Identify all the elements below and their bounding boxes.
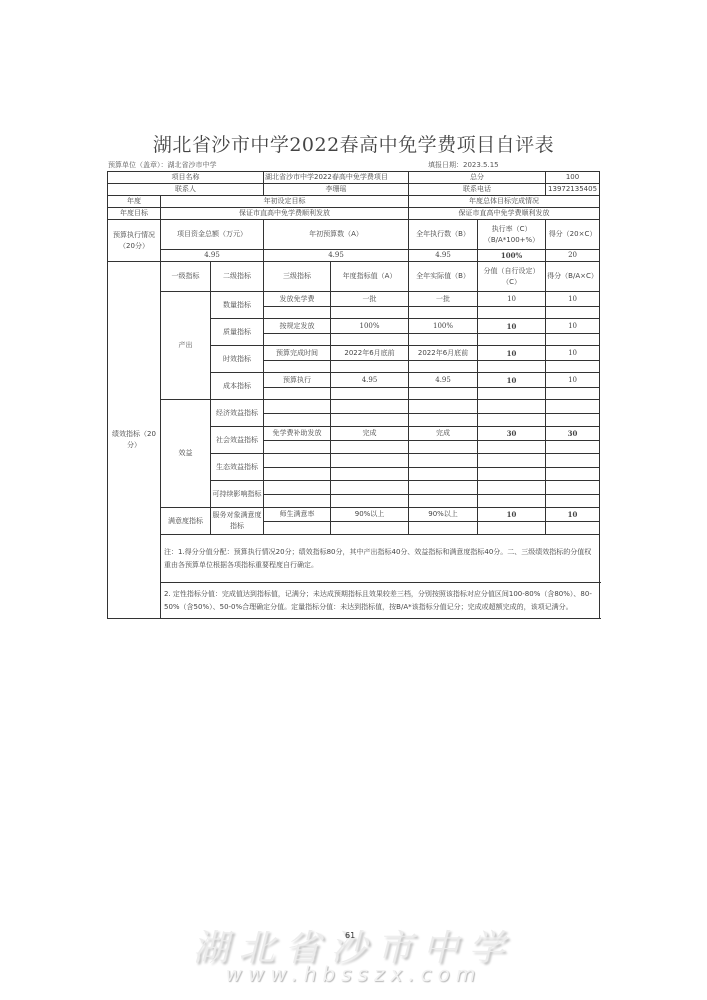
score-cell: 10 bbox=[546, 346, 600, 361]
target-cell: 90%以上 bbox=[331, 508, 409, 522]
actual-cell: 2022年6月底前 bbox=[409, 346, 478, 361]
annual-completion-value: 保证市直高中免学费顺利发放 bbox=[409, 208, 600, 220]
annual-executed-value: 4.95 bbox=[409, 250, 478, 262]
initial-budget-header: 年初预算数（A） bbox=[264, 220, 409, 250]
contact-value: 李珊瑶 bbox=[264, 184, 409, 196]
initial-budget-value: 4.95 bbox=[264, 250, 409, 262]
actual-cell: 一批 bbox=[409, 292, 478, 307]
output-group-label: 产出 bbox=[161, 292, 211, 400]
execution-rate-header: 执行率（C）（B/A*100+%） bbox=[478, 220, 546, 250]
weight-cell: 10 bbox=[478, 508, 546, 522]
score-cell: 10 bbox=[546, 373, 600, 388]
level3-cell: 按规定发放 bbox=[264, 319, 331, 334]
year-label: 年度 bbox=[108, 196, 161, 208]
weight-cell: 10 bbox=[478, 319, 546, 334]
budget-values-row: 4.95 4.95 4.95 100% 20 bbox=[108, 250, 600, 262]
execution-rate-value: 100% bbox=[478, 250, 546, 262]
year-row: 年度 年初设定目标 年度总体目标完成情况 bbox=[108, 196, 600, 208]
target-cell: 一批 bbox=[331, 292, 409, 307]
watermark-url: www.hbsszx.com bbox=[0, 962, 707, 986]
note-2: 2. 定性指标分值：完成值达到指标值，记满分；未达成预期指标且效果较差三档，分别… bbox=[161, 583, 600, 619]
contact-label: 联系人 bbox=[108, 184, 264, 196]
quality-indicator-label: 质量指标 bbox=[211, 319, 264, 346]
score-cell: 10 bbox=[546, 319, 600, 334]
service-satisfaction-indicator-label: 服务对象满意度指标 bbox=[211, 508, 264, 535]
annual-target-row: 年度目标 保证市直高中免学费顺利发放 保证市直高中免学费顺利发放 bbox=[108, 208, 600, 220]
budget-execution-label: 预算执行情况（20分） bbox=[108, 220, 161, 262]
level3-cell: 预算完成时间 bbox=[264, 346, 331, 361]
score-cell: 30 bbox=[546, 427, 600, 441]
annual-executed-header: 全年执行数（B） bbox=[409, 220, 478, 250]
level1-header: 一级指标 bbox=[161, 262, 211, 292]
target-cell: 100% bbox=[331, 319, 409, 334]
actual-cell: 100% bbox=[409, 319, 478, 334]
budget-score-header: 得分（20×C） bbox=[546, 220, 600, 250]
performance-section-label: 绩效指标（20分） bbox=[108, 262, 161, 619]
cost-indicator-label: 成本指标 bbox=[211, 373, 264, 400]
total-funds-value: 4.95 bbox=[161, 250, 264, 262]
budget-score-value: 20 bbox=[546, 250, 600, 262]
phone-label: 联系电话 bbox=[409, 184, 546, 196]
weight-cell: 10 bbox=[478, 346, 546, 361]
weight-cell: 10 bbox=[478, 292, 546, 307]
indicator-score-header: 得分（B/A×C） bbox=[546, 262, 600, 292]
evaluation-table: 项目名称 湖北省沙市中学2022春高中免学费项目 总分 100 联系人 李珊瑶 … bbox=[107, 171, 600, 619]
total-funds-header: 项目资金总额（万元） bbox=[161, 220, 264, 250]
annual-actual-header: 全年实际值（B） bbox=[409, 262, 478, 292]
note-row: 2. 定性指标分值：完成值达到指标值，记满分；未达成预期指标且效果较差三档，分别… bbox=[108, 583, 600, 619]
ecological-indicator-label: 生态效益指标 bbox=[211, 454, 264, 481]
budget-unit-label: 预算单位（盖章）：湖北省沙市中学 bbox=[108, 160, 217, 170]
annual-target-header: 年度指标值（A） bbox=[331, 262, 409, 292]
quantity-indicator-label: 数量指标 bbox=[211, 292, 264, 319]
level3-cell: 发放免学费 bbox=[264, 292, 331, 307]
phone-value: 13972135405 bbox=[546, 184, 600, 196]
level3-cell: 预算执行 bbox=[264, 373, 331, 388]
project-name-value: 湖北省沙市中学2022春高中免学费项目 bbox=[264, 172, 409, 184]
score-cell: 10 bbox=[546, 292, 600, 307]
score-cell: 10 bbox=[546, 508, 600, 522]
total-score-value: 100 bbox=[546, 172, 600, 184]
actual-cell: 完成 bbox=[409, 427, 478, 441]
level3-cell: 免学费补助发放 bbox=[264, 427, 331, 441]
note-1: 注：1.得分分值分配：预算执行情况20分；绩效指标80分，其中产出指标40分、效… bbox=[161, 535, 600, 583]
performance-header-row: 绩效指标（20分） 一级指标 二级指标 三级指标 年度指标值（A） 全年实际值（… bbox=[108, 262, 600, 292]
weight-cell: 10 bbox=[478, 373, 546, 388]
target-cell: 完成 bbox=[331, 427, 409, 441]
initial-target-label: 年初设定目标 bbox=[161, 196, 409, 208]
weight-cell: 30 bbox=[478, 427, 546, 441]
table-row: 产出 数量指标 发放免学费 一批 一批 10 10 bbox=[108, 292, 600, 307]
actual-cell: 4.95 bbox=[409, 373, 478, 388]
project-name-row: 项目名称 湖北省沙市中学2022春高中免学费项目 总分 100 bbox=[108, 172, 600, 184]
table-row: 效益 经济效益指标 bbox=[108, 400, 600, 414]
budget-header-row: 预算执行情况（20分） 项目资金总额（万元） 年初预算数（A） 全年执行数（B）… bbox=[108, 220, 600, 250]
contact-row: 联系人 李珊瑶 联系电话 13972135405 bbox=[108, 184, 600, 196]
benefit-group-label: 效益 bbox=[161, 400, 211, 508]
fill-date-label: 填报日期：2023.5.15 bbox=[428, 160, 499, 170]
level3-cell: 师生满意率 bbox=[264, 508, 331, 522]
satisfaction-group-label: 满意度指标 bbox=[161, 508, 211, 535]
target-cell: 4.95 bbox=[331, 373, 409, 388]
social-indicator-label: 社会效益指标 bbox=[211, 427, 264, 454]
page-number: 61 bbox=[345, 931, 355, 940]
annual-target-label: 年度目标 bbox=[108, 208, 161, 220]
note-row: 注：1.得分分值分配：预算执行情况20分；绩效指标80分，其中产出指标40分、效… bbox=[108, 535, 600, 583]
actual-cell: 90%以上 bbox=[409, 508, 478, 522]
level3-header: 三级指标 bbox=[264, 262, 331, 292]
economic-indicator-label: 经济效益指标 bbox=[211, 400, 264, 427]
target-cell: 2022年6月底前 bbox=[331, 346, 409, 361]
annual-target-value: 保证市直高中免学费顺利发放 bbox=[161, 208, 409, 220]
weight-header: 分值（自行设定）（C） bbox=[478, 262, 546, 292]
total-score-label: 总分 bbox=[409, 172, 546, 184]
sustainable-indicator-label: 可持续影响指标 bbox=[211, 481, 264, 508]
level2-header: 二级指标 bbox=[211, 262, 264, 292]
overall-completion-label: 年度总体目标完成情况 bbox=[409, 196, 600, 208]
timeliness-indicator-label: 时效指标 bbox=[211, 346, 264, 373]
project-name-label: 项目名称 bbox=[108, 172, 264, 184]
table-row: 满意度指标 服务对象满意度指标 师生满意率 90%以上 90%以上 10 10 bbox=[108, 508, 600, 522]
document-title: 湖北省沙市中学2022春高中免学费项目自评表 bbox=[0, 130, 707, 157]
